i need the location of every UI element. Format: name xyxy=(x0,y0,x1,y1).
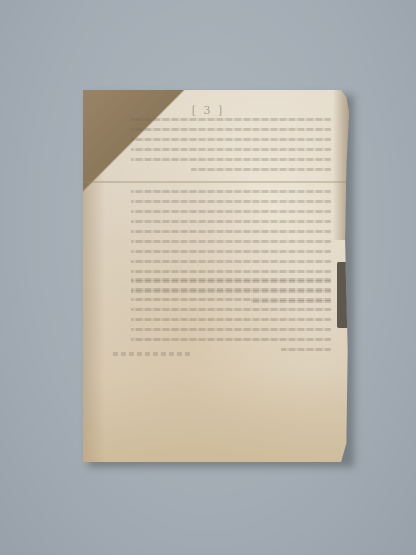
document-leaf: [ 3 ] xyxy=(83,90,349,462)
fold-crease xyxy=(83,181,349,183)
paragraph-1 xyxy=(131,118,331,178)
page-number-header: [ 3 ] xyxy=(178,104,238,117)
paragraph-3 xyxy=(131,278,331,358)
bottom-discoloration xyxy=(83,372,349,462)
closing-line xyxy=(113,352,193,356)
